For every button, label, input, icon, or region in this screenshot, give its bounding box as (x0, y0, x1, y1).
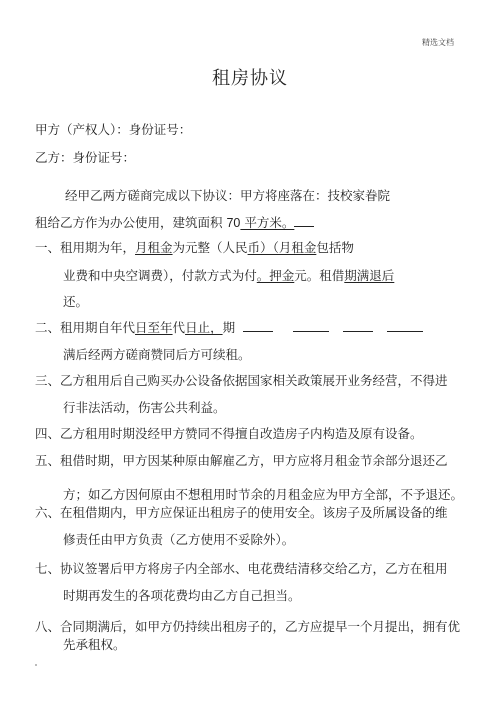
document-title: 租房协议 (0, 64, 500, 90)
clause-number: 四、 (35, 426, 60, 441)
clause-text: 包括物 (316, 240, 354, 255)
clause-1-line-2: 业费和中央空调费），付款方式为付。押金元。租借期满退后 (63, 266, 394, 284)
clause-7-line-2: 时期再发生的各项花费均由乙方自己担当。 (63, 586, 301, 604)
clause-2-line-1: 二、租用期自年代日至年代日止，期 (35, 318, 423, 336)
blank-field (293, 321, 329, 332)
clause-text: 租用期为年， (60, 240, 135, 255)
clause-text: 协议签署后甲方将房子内全部水、电花费结清移交给乙方，乙方在租用 (60, 561, 448, 576)
clause-3-line-2: 行非法活动，伤害公共利益。 (63, 398, 226, 416)
clause-number: 一、 (35, 240, 60, 255)
clause-6-line-1: 六、在租借期内，甲方应保证出租房子的使用安全。该房子及所属设备的维 (35, 503, 448, 521)
clause-text: 代 (173, 320, 186, 335)
clause-text: 乙方租用后自己购买办公设备依据国家相关政策展开业务经营，不得进 (60, 373, 448, 388)
clause-5-line-1: 五、租借时期，甲方因某种原由解雇乙方，甲方应将月租金节余部分退还乙 (35, 451, 448, 469)
clause-4-line-1: 四、乙方租用时期没经甲方赞同不得擅自改造房子内构造及原有设备。 (35, 424, 423, 442)
clause-text: 在租借期内，甲方应保证出租房子的使用安全。该房子及所属设备的维 (60, 505, 448, 520)
clause-number: 五、 (35, 453, 60, 468)
clause-number: 三、 (35, 373, 60, 388)
header-note: 精选文档 (422, 37, 454, 48)
clause-3-line-1: 三、乙方租用后自己购买办公设备依据国家相关政策展开业务经营，不得进 (35, 371, 448, 389)
area-unit: 平方米。 (240, 215, 294, 230)
clause-number: 八、 (35, 619, 60, 634)
clause-8-line-1: 八、合同期满后，如甲方仍持续出租房子的，乙方应提早一个月提出，拥有优 (35, 617, 460, 635)
clause-7-line-1: 七、协议签署后甲方将房子内全部水、电花费结清移交给乙方，乙方在租用 (35, 559, 448, 577)
intro-text: 租给乙方作为办公使用，建筑面积 (35, 215, 226, 230)
clause-text: 期 (223, 320, 236, 335)
clause-text: 业费和中央空调费），付款方式为付 (63, 268, 257, 283)
clause-text: 租借时期，甲方因某种原由解雇乙方，甲方应将月租金节余部分退还乙 (60, 453, 448, 468)
underlined-text: 期满退后 (344, 268, 394, 283)
page-mark (35, 664, 37, 666)
blank-field (243, 321, 273, 332)
party-b-line: 乙方：身份证号： (35, 148, 135, 166)
underlined-text: 币）（月租金 (248, 240, 317, 255)
clause-text: 租用期自年代 (60, 320, 135, 335)
underlined-text: 。押金 (257, 268, 295, 283)
blank-field (387, 321, 423, 332)
clause-text: 合同期满后，如甲方仍持续出租房子的，乙方应提早一个月提出，拥有优 (60, 619, 460, 634)
clause-8-line-2: 先承租权。 (63, 635, 126, 653)
clause-number: 二、 (35, 320, 60, 335)
clause-text: 乙方租用时期没经甲方赞同不得擅自改造房子内构造及原有设备。 (60, 426, 423, 441)
clause-1-line-1: 一、租用期为年，月租金为元整（人民币）（月租金包括物 (35, 238, 354, 256)
clause-6-line-2: 修责任由甲方负责（乙方使用不妥除外）。 (63, 530, 294, 548)
party-a-line: 甲方（产权人）：身份证号： (35, 120, 191, 138)
clause-text: 元。租借 (294, 268, 344, 283)
clause-2-line-2: 满后经两方磋商赞同后方可续租。 (63, 345, 251, 363)
underlined-text: 日止， (185, 320, 223, 335)
underlined-text: 月租金 (135, 240, 173, 255)
intro-line-2: 租给乙方作为办公使用，建筑面积 70 平方米。 (35, 213, 314, 231)
area-value: 70 (226, 216, 240, 230)
clause-1-line-3: 还。 (63, 292, 88, 310)
clause-number: 七、 (35, 561, 60, 576)
blank-field (294, 216, 314, 227)
blank-field (343, 321, 373, 332)
clause-5-line-2: 方；如乙方因何原由不想租用时节余的月租金应为甲方全部，不予退还。 (63, 485, 463, 503)
intro-line-1: 经甲乙两方磋商完成以下协议：甲方将座落在：技校家眷院 (65, 186, 390, 204)
underlined-text: 日至年 (135, 320, 173, 335)
clause-number: 六、 (35, 505, 60, 520)
clause-text: 为元整（人民 (173, 240, 248, 255)
